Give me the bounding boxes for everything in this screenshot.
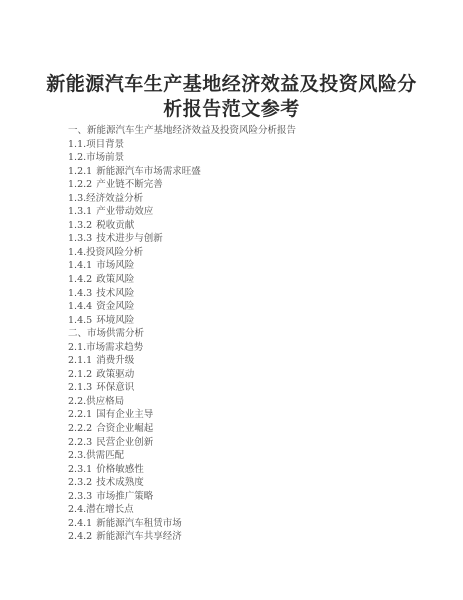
toc-item-number: 1.4.2 (68, 273, 92, 287)
toc-item: 2.3.3市场推广策略 (68, 490, 428, 504)
toc-item-text: 新能源汽车共享经济 (96, 531, 182, 542)
toc-item-text: 政策驱动 (96, 369, 134, 380)
toc-item-number: 2.1.3 (68, 381, 92, 395)
toc-item: 2.4.1新能源汽车租赁市场 (68, 517, 428, 531)
toc-item-number: 1.4. (68, 246, 86, 260)
toc-item-text: 项目背景 (86, 139, 124, 150)
toc-item-text: 市场供需分析 (87, 328, 144, 339)
toc-item: 1.3.2税收贡献 (68, 219, 428, 233)
toc-item-number: 1.4.1 (68, 259, 92, 273)
toc-item: 1.2.1新能源汽车市场需求旺盛 (68, 165, 428, 179)
toc-item-text: 民营企业创新 (96, 437, 153, 448)
toc-item-number: 2.3.3 (68, 490, 92, 504)
toc-item-number: 1.3.1 (68, 205, 92, 219)
toc-item-number: 1.4.4 (68, 300, 92, 314)
toc-item-text: 供应格局 (86, 396, 124, 407)
toc-item-number: 1.3. (68, 192, 86, 206)
toc-item-text: 产业带动效应 (96, 206, 153, 217)
toc-item-text: 新能源汽车租赁市场 (96, 518, 182, 529)
toc-item-number: 2.2.3 (68, 436, 92, 450)
toc-item: 2.1.1消费升级 (68, 354, 428, 368)
toc-item: 2.1.3环保意识 (68, 381, 428, 395)
toc-item-text: 市场前景 (86, 152, 124, 163)
toc-item-number: 1.4.3 (68, 287, 92, 301)
toc-item-text: 环境风险 (96, 315, 134, 326)
toc-item: 2.1.市场需求趋势 (68, 341, 428, 355)
toc-item: 1.2.2产业链不断完善 (68, 178, 428, 192)
toc-item: 1.4.2政策风险 (68, 273, 428, 287)
toc-item-number: 二、 (68, 327, 87, 341)
toc-item-number: 2.2.2 (68, 422, 92, 436)
document-page: 新能源汽车生产基地经济效益及投资风险分 析报告范文参考 一、新能源汽车生产基地经… (0, 0, 463, 600)
toc-item-number: 2.2.1 (68, 408, 92, 422)
toc-item: 1.4.4资金风险 (68, 300, 428, 314)
toc-item-number: 2.1.2 (68, 368, 92, 382)
toc-item: 1.3.1产业带动效应 (68, 205, 428, 219)
toc-item: 2.1.2政策驱动 (68, 368, 428, 382)
toc-item-number: 2.4.2 (68, 530, 92, 544)
toc-item-text: 政策风险 (96, 274, 134, 285)
toc-item: 1.4.投资风险分析 (68, 246, 428, 260)
toc-item-number: 2.4.1 (68, 517, 92, 531)
title-line-2: 析报告范文参考 (40, 97, 423, 122)
toc-item: 1.2.市场前景 (68, 151, 428, 165)
toc-item-text: 国有企业主导 (96, 409, 153, 420)
toc-item-number: 2.1. (68, 341, 86, 355)
toc-item: 2.3.2技术成熟度 (68, 476, 428, 490)
toc-item: 2.2.3民营企业创新 (68, 436, 428, 450)
toc-item-number: 2.2. (68, 395, 86, 409)
toc-item-text: 经济效益分析 (86, 193, 143, 204)
toc-item-text: 市场需求趋势 (86, 342, 143, 353)
toc-item-number: 1.4.5 (68, 314, 92, 328)
table-of-contents: 一、新能源汽车生产基地经济效益及投资风险分析报告 1.1.项目背景 1.2.市场… (68, 124, 428, 544)
toc-item: 2.2.1国有企业主导 (68, 408, 428, 422)
toc-item-number: 1.1. (68, 138, 86, 152)
toc-item: 2.4.2新能源汽车共享经济 (68, 530, 428, 544)
toc-item-text: 技术进步与创新 (96, 233, 163, 244)
toc-item-number: 2.3. (68, 449, 86, 463)
toc-item: 1.3.3技术进步与创新 (68, 232, 428, 246)
toc-item-number: 1.2.1 (68, 165, 92, 179)
toc-item-text: 价格敏感性 (96, 464, 144, 475)
toc-item-number: 一、 (68, 124, 87, 138)
toc-item-text: 潜在增长点 (86, 504, 134, 515)
toc-item-number: 1.3.2 (68, 219, 92, 233)
toc-item-text: 投资风险分析 (86, 247, 143, 258)
toc-item-text: 技术成熟度 (96, 477, 144, 488)
toc-item-text: 新能源汽车市场需求旺盛 (96, 166, 201, 177)
toc-item: 2.3.供需匹配 (68, 449, 428, 463)
toc-item: 1.4.5环境风险 (68, 314, 428, 328)
toc-item: 1.1.项目背景 (68, 138, 428, 152)
toc-item: 2.2.2合资企业崛起 (68, 422, 428, 436)
toc-item-number: 1.2. (68, 151, 86, 165)
toc-item: 2.3.1价格敏感性 (68, 463, 428, 477)
toc-item-text: 市场风险 (96, 260, 134, 271)
toc-item-text: 环保意识 (96, 382, 134, 393)
toc-item-number: 2.3.2 (68, 476, 92, 490)
toc-item-text: 合资企业崛起 (96, 423, 153, 434)
toc-item-text: 资金风险 (96, 301, 134, 312)
toc-item-text: 税收贡献 (96, 220, 134, 231)
toc-item: 1.4.3技术风险 (68, 287, 428, 301)
toc-item-text: 技术风险 (96, 288, 134, 299)
toc-item: 2.2.供应格局 (68, 395, 428, 409)
toc-item-number: 1.2.2 (68, 178, 92, 192)
toc-item-text: 产业链不断完善 (96, 179, 163, 190)
toc-item: 1.3.经济效益分析 (68, 192, 428, 206)
toc-item-number: 2.1.1 (68, 354, 92, 368)
toc-item: 二、市场供需分析 (68, 327, 428, 341)
toc-item-number: 2.3.1 (68, 463, 92, 477)
toc-item-number: 1.3.3 (68, 232, 92, 246)
toc-item-text: 供需匹配 (86, 450, 124, 461)
toc-item-text: 市场推广策略 (96, 491, 153, 502)
title-line-1: 新能源汽车生产基地经济效益及投资风险分 (40, 72, 423, 97)
toc-item: 一、新能源汽车生产基地经济效益及投资风险分析报告 (68, 124, 428, 138)
toc-item-text: 消费升级 (96, 355, 134, 366)
toc-item: 2.4.潜在增长点 (68, 503, 428, 517)
toc-item-text: 新能源汽车生产基地经济效益及投资风险分析报告 (87, 125, 296, 136)
toc-item-number: 2.4. (68, 503, 86, 517)
toc-item: 1.4.1市场风险 (68, 259, 428, 273)
document-title: 新能源汽车生产基地经济效益及投资风险分 析报告范文参考 (40, 72, 423, 122)
